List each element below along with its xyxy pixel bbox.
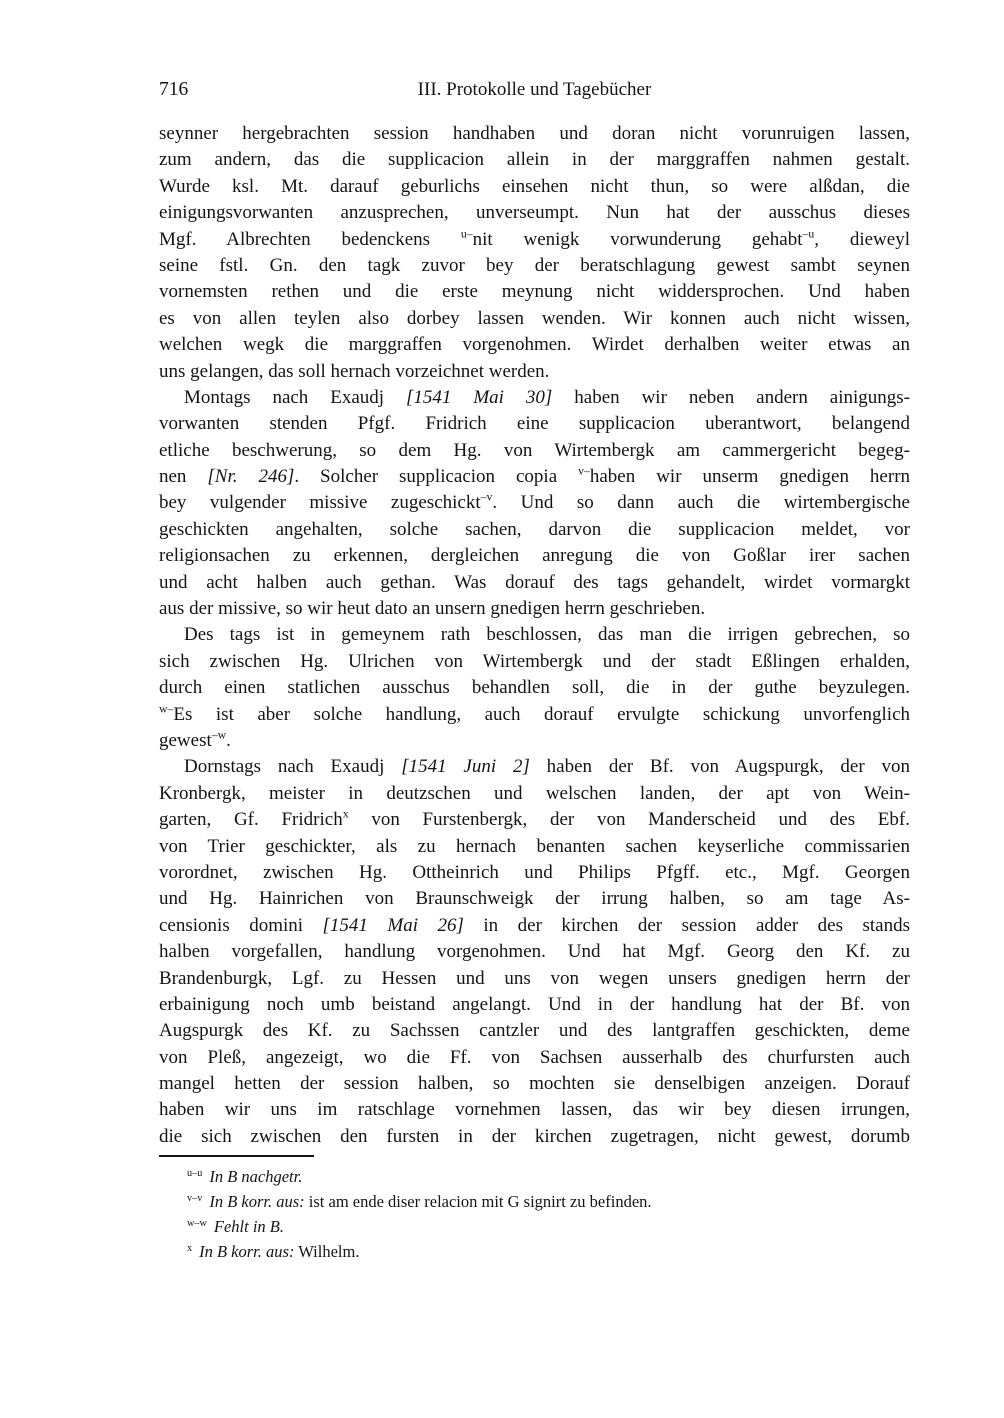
text-segment: Wurde ksl. Mt. darauf geburlichs einsehe… <box>159 176 910 197</box>
text-line: von Pleß, angezeigt, wo die Ff. von Sach… <box>159 1045 910 1071</box>
text-line: uns gelangen, das soll hernach vorzeichn… <box>159 359 910 385</box>
text-segment: es von allen teylen also dorbey lassen w… <box>159 308 910 329</box>
footnote-marker-ref: –u <box>803 227 815 240</box>
text-segment: [1541 Mai 30] <box>406 387 552 408</box>
text-line: und Hg. Hainrichen von Braunschweigk der… <box>159 886 910 912</box>
text-line: Mgf. Albrechten bedenckens u–nit wenigk … <box>159 227 910 253</box>
text-segment: haben der Bf. von Augspurgk, der von <box>530 756 910 777</box>
text-segment: nit wenigk vorwunderung gehabt <box>473 229 803 250</box>
text-line: religionsachen zu erkennen, dergleichen … <box>159 543 910 569</box>
text-segment: und acht halben auch gethan. Was dorauf … <box>159 572 910 593</box>
text-line: welchen wegk die marggraffen vorgenohmen… <box>159 332 910 358</box>
text-line: garten, Gf. Fridrichx von Furstenbergk, … <box>159 807 910 833</box>
text-segment: Wilhelm. <box>294 1242 359 1261</box>
text-line: geschickten angehalten, solche sachen, d… <box>159 517 910 543</box>
text-line: zum andern, das die supplicacion allein … <box>159 147 910 173</box>
paragraph: seynner hergebrachten session handhaben … <box>159 121 910 385</box>
text-segment: Mgf. Albrechten bedenckens <box>159 229 461 250</box>
footnote: u–uIn B nachgetr. <box>159 1164 910 1189</box>
text-line: bey vulgender missive zugeschickt–v. Und… <box>159 490 910 516</box>
footnote-marker-ref: v– <box>578 465 590 478</box>
text-segment: mangel hetten der session halben, so moc… <box>159 1073 910 1094</box>
text-segment: Augspurgk des Kf. zu Sachssen cantzler u… <box>159 1020 910 1041</box>
text-segment: von Furstenbergk, der von Manderscheid u… <box>349 809 910 830</box>
page-header: 716 III. Protokolle und Tagebücher <box>159 78 910 102</box>
text-segment: , dieweyl <box>814 229 910 250</box>
text-segment: einigungsvorwanten anzusprechen, unverse… <box>159 202 910 223</box>
footnote-marker: v–v <box>187 1193 202 1204</box>
text-segment: zum andern, das die supplicacion allein … <box>159 149 910 170</box>
text-segment: vorwanten stenden Pfgf. Fridrich eine su… <box>159 413 910 434</box>
footnotes-section: u–uIn B nachgetr.v–vIn B korr. aus: ist … <box>159 1155 910 1264</box>
text-line: Des tags ist in gemeynem rath beschlosse… <box>159 622 910 648</box>
text-segment: halben vorgefallen, handlung vorgenohmen… <box>159 941 910 962</box>
text-segment: haben wir uns im ratschlage vornehmen la… <box>159 1099 910 1120</box>
footnote-marker: w–w <box>187 1218 207 1229</box>
text-segment: ist am ende diser relacion mit G signirt… <box>305 1192 652 1211</box>
text-line: erbainigung noch umb beistand angelangt.… <box>159 992 910 1018</box>
text-block: 716 III. Protokolle und Tagebücher seynn… <box>159 78 910 1264</box>
text-segment: In B korr. aus: <box>199 1242 294 1261</box>
text-segment: nen <box>159 466 207 487</box>
text-segment: vornemsten rethen und die erste meynung … <box>159 281 910 302</box>
text-line: seynner hergebrachten session handhaben … <box>159 121 910 147</box>
text-segment: haben wir neben andern ainigungs- <box>552 387 910 408</box>
text-segment: uns gelangen, das soll hernach vorzeichn… <box>159 361 549 382</box>
footnote-marker-ref: w– <box>159 702 173 715</box>
text-segment: Des tags ist in gemeynem rath beschlosse… <box>184 624 910 645</box>
paragraph: Des tags ist in gemeynem rath beschlosse… <box>159 622 910 754</box>
text-line: censionis domini [1541 Mai 26] in der ki… <box>159 913 910 939</box>
text-segment: vorordnet, zwischen Hg. Ottheinrich und … <box>159 862 910 883</box>
text-segment: . Solcher supplicacion copia <box>294 466 578 487</box>
text-line: einigungsvorwanten anzusprechen, unverse… <box>159 200 910 226</box>
text-segment: Kronbergk, meister in deutzschen und wel… <box>159 783 910 804</box>
text-line: aus der missive, so wir heut dato an uns… <box>159 596 910 622</box>
text-segment: sich zwischen Hg. Ulrichen von Wirtember… <box>159 651 910 672</box>
text-segment: In B nachgetr. <box>209 1167 302 1186</box>
text-line: seine fstl. Gn. den tagk zuvor bey der b… <box>159 253 910 279</box>
text-line: vorwanten stenden Pfgf. Fridrich eine su… <box>159 411 910 437</box>
text-segment: geschickten angehalten, solche sachen, d… <box>159 519 910 540</box>
text-line: vorordnet, zwischen Hg. Ottheinrich und … <box>159 860 910 886</box>
page-body: seynner hergebrachten session handhaben … <box>159 121 910 1150</box>
text-line: Montags nach Exaudj [1541 Mai 30] haben … <box>159 385 910 411</box>
text-segment: und Hg. Hainrichen von Braunschweigk der… <box>159 888 910 909</box>
text-segment: . <box>226 730 231 751</box>
running-head: III. Protokolle und Tagebücher <box>159 78 910 102</box>
footnote-marker-ref: –w <box>212 729 226 742</box>
text-segment: Dornstags nach Exaudj <box>184 756 401 777</box>
footnote: xIn B korr. aus: Wilhelm. <box>159 1239 910 1264</box>
footnote-marker: u–u <box>187 1168 202 1179</box>
text-segment: aus der missive, so wir heut dato an uns… <box>159 598 705 619</box>
book-page: 716 III. Protokolle und Tagebücher seynn… <box>0 0 1004 1418</box>
text-line: Kronbergk, meister in deutzschen und wel… <box>159 781 910 807</box>
text-segment: erbainigung noch umb beistand angelangt.… <box>159 994 910 1015</box>
text-line: durch einen statlichen ausschus behandle… <box>159 675 910 701</box>
text-line: sich zwischen Hg. Ulrichen von Wirtember… <box>159 649 910 675</box>
text-line: Dornstags nach Exaudj [1541 Juni 2] habe… <box>159 754 910 780</box>
text-segment: garten, Gf. Fridrich <box>159 809 343 830</box>
text-segment: religionsachen zu erkennen, dergleichen … <box>159 545 910 566</box>
paragraph: Montags nach Exaudj [1541 Mai 30] haben … <box>159 385 910 623</box>
text-segment: etliche beschwerung, so dem Hg. von Wirt… <box>159 440 910 461</box>
text-segment: censionis domini <box>159 915 323 936</box>
footnote: w–wFehlt in B. <box>159 1214 910 1239</box>
footnote-marker-ref: –v <box>481 491 493 504</box>
text-segment: die sich zwischen den fursten in der kir… <box>159 1126 910 1147</box>
footnote-marker-ref: u– <box>461 227 473 240</box>
text-line: von Trier geschickter, als zu hernach be… <box>159 834 910 860</box>
text-segment: Es ist aber solche handlung, auch dorauf… <box>173 704 910 725</box>
text-segment: seynner hergebrachten session handhaben … <box>159 123 910 144</box>
text-segment: [1541 Juni 2] <box>401 756 530 777</box>
text-line: etliche beschwerung, so dem Hg. von Wirt… <box>159 438 910 464</box>
text-line: halben vorgefallen, handlung vorgenohmen… <box>159 939 910 965</box>
text-line: die sich zwischen den fursten in der kir… <box>159 1124 910 1150</box>
text-line: w–Es ist aber solche handlung, auch dora… <box>159 702 910 728</box>
text-segment: Montags nach Exaudj <box>184 387 406 408</box>
text-line: es von allen teylen also dorbey lassen w… <box>159 306 910 332</box>
text-line: Augspurgk des Kf. zu Sachssen cantzler u… <box>159 1018 910 1044</box>
text-line: nen [Nr. 246]. Solcher supplicacion copi… <box>159 464 910 490</box>
footnote-list: u–uIn B nachgetr.v–vIn B korr. aus: ist … <box>159 1164 910 1264</box>
text-segment: welchen wegk die marggraffen vorgenohmen… <box>159 334 910 355</box>
footnote: v–vIn B korr. aus: ist am ende diser rel… <box>159 1189 910 1214</box>
text-line: Wurde ksl. Mt. darauf geburlichs einsehe… <box>159 174 910 200</box>
footnote-rule <box>159 1155 314 1157</box>
text-line: haben wir uns im ratschlage vornehmen la… <box>159 1097 910 1123</box>
text-segment: Brandenburgk, Lgf. zu Hessen und uns von… <box>159 968 910 989</box>
text-segment: von Trier geschickter, als zu hernach be… <box>159 836 910 857</box>
text-segment: . Und so dann auch die wirtembergische <box>492 492 910 513</box>
text-segment: bey vulgender missive zugeschickt <box>159 492 481 513</box>
text-line: und acht halben auch gethan. Was dorauf … <box>159 570 910 596</box>
text-line: Brandenburgk, Lgf. zu Hessen und uns von… <box>159 966 910 992</box>
text-segment: Fehlt in B. <box>214 1217 284 1236</box>
text-line: vornemsten rethen und die erste meynung … <box>159 279 910 305</box>
text-segment: von Pleß, angezeigt, wo die Ff. von Sach… <box>159 1047 910 1068</box>
text-segment: in der kirchen der session adder des sta… <box>464 915 910 936</box>
text-segment: haben wir unserm gnedigen herrn <box>590 466 910 487</box>
text-segment: seine fstl. Gn. den tagk zuvor bey der b… <box>159 255 910 276</box>
text-segment: durch einen statlichen ausschus behandle… <box>159 677 910 698</box>
paragraph: Dornstags nach Exaudj [1541 Juni 2] habe… <box>159 754 910 1150</box>
text-line: gewest–w. <box>159 728 910 754</box>
text-segment: gewest <box>159 730 212 751</box>
text-segment: [1541 Mai 26] <box>323 915 464 936</box>
text-line: mangel hetten der session halben, so moc… <box>159 1071 910 1097</box>
text-segment: In B korr. aus: <box>209 1192 304 1211</box>
text-segment: [Nr. 246] <box>207 466 294 487</box>
footnote-marker: x <box>187 1243 192 1254</box>
